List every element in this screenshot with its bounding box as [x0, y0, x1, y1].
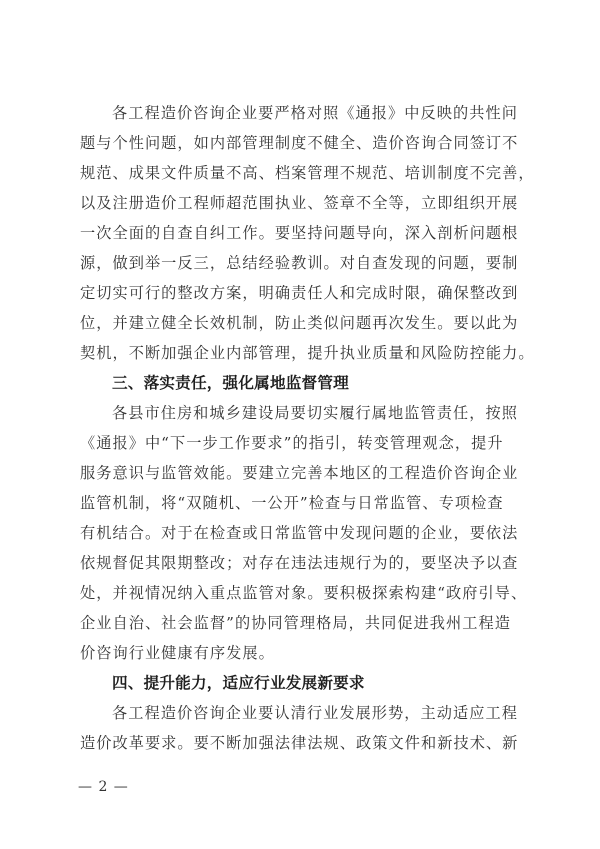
- text-line: 以及注册造价工程师超范围执业、签章不全等，立即组织开展: [80, 188, 520, 218]
- text-line: 处，并视情况纳入重点监管对象。要积极探索构建“政府引导、: [80, 578, 520, 608]
- text-line: 契机，不断加强企业内部管理，提升执业质量和风险防控能力。: [80, 338, 520, 368]
- text-line: 有机结合。对于在检查或日常监管中发现问题的企业，要依法: [80, 518, 520, 548]
- text-line: 依规督促其限期整改；对存在违法违规行为的，要坚决予以查: [80, 548, 520, 578]
- paragraph-self-inspection: 各工程造价咨询企业要严格对照《通报》中反映的共性问 题与个性问题，如内部管理制度…: [80, 98, 520, 368]
- section-heading-4: 四、提升能力，适应行业发展新要求: [80, 668, 520, 698]
- text-line: 监管机制，将“双随机、一公开”检查与日常监管、专项检查: [80, 488, 520, 518]
- paragraph-capability: 各工程造价咨询企业要认清行业发展形势，主动适应工程 造价改革要求。要不断加强法律…: [80, 698, 520, 758]
- section-heading-3: 三、落实责任，强化属地监督管理: [80, 368, 520, 398]
- document-page: 各工程造价咨询企业要严格对照《通报》中反映的共性问 题与个性问题，如内部管理制度…: [0, 0, 600, 849]
- text-line: 各县市住房和城乡建设局要切实履行属地监管责任，按照: [80, 398, 520, 428]
- document-body: 各工程造价咨询企业要严格对照《通报》中反映的共性问 题与个性问题，如内部管理制度…: [80, 98, 520, 758]
- text-line: 《通报》中“下一步工作要求”的指引，转变管理观念，提升: [80, 428, 520, 458]
- text-line: 题与个性问题，如内部管理制度不健全、造价咨询合同签订不: [80, 128, 520, 158]
- paragraph-local-supervision: 各县市住房和城乡建设局要切实履行属地监管责任，按照 《通报》中“下一步工作要求”…: [80, 398, 520, 668]
- text-line: 定切实可行的整改方案，明确责任人和完成时限，确保整改到: [80, 278, 520, 308]
- text-line: 位，并建立健全长效机制，防止类似问题再次发生。要以此为: [80, 308, 520, 338]
- text-line: 企业自治、社会监督”的协同管理格局，共同促进我州工程造: [80, 608, 520, 638]
- text-line: 价咨询行业健康有序发展。: [80, 638, 520, 668]
- text-line: 规范、成果文件质量不高、档案管理不规范、培训制度不完善，: [80, 158, 520, 188]
- page-number: — 2 —: [78, 779, 129, 795]
- text-line: 各工程造价咨询企业要严格对照《通报》中反映的共性问: [80, 98, 520, 128]
- text-line: 源，做到举一反三，总结经验教训。对自查发现的问题，要制: [80, 248, 520, 278]
- text-line: 服务意识与监管效能。要建立完善本地区的工程造价咨询企业: [80, 458, 520, 488]
- text-line: 造价改革要求。要不断加强法律法规、政策文件和新技术、新: [80, 728, 520, 758]
- text-line: 各工程造价咨询企业要认清行业发展形势，主动适应工程: [80, 698, 520, 728]
- text-line: 一次全面的自查自纠工作。要坚持问题导向，深入剖析问题根: [80, 218, 520, 248]
